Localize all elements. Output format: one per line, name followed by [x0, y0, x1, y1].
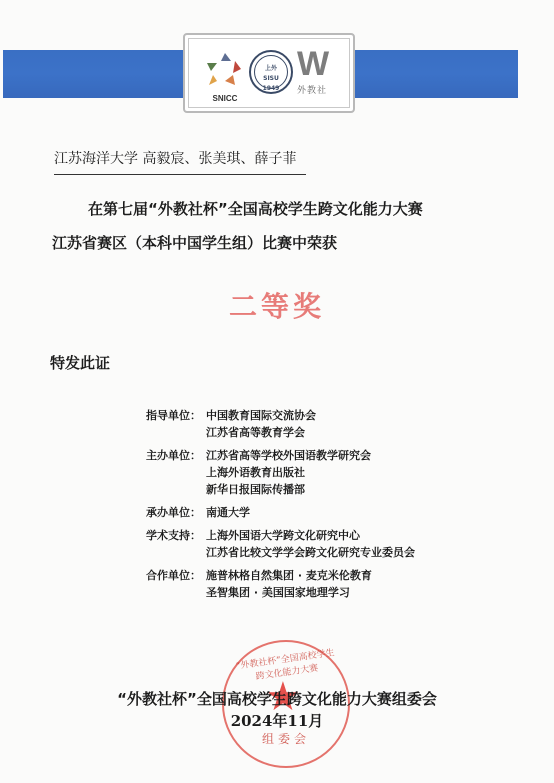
- sflep-logo: W 外教社: [297, 47, 345, 103]
- org-value: 江苏省高等学校外国语教学研究会: [206, 447, 371, 464]
- organizers-list: 指导单位： 中国教育国际交流协会 江苏省高等教育学会 主办单位： 江苏省高等学校…: [146, 407, 415, 607]
- org-row-guidance: 指导单位： 中国教育国际交流协会 江苏省高等教育学会: [146, 407, 415, 441]
- org-value: 新华日报国际传播部: [206, 481, 371, 498]
- award-title: 二等奖: [0, 285, 554, 325]
- header-band-left: [3, 50, 186, 98]
- seal-top-text: 上外: [255, 64, 287, 74]
- seal-year-text: 1949: [255, 84, 287, 94]
- snicc-logo: SNICC: [205, 51, 245, 103]
- seal-bottom-text: 组委会: [224, 730, 348, 747]
- seal-mid-text: SISU: [255, 74, 287, 84]
- org-row-host: 主办单位： 江苏省高等学校外国语教学研究会 上海外语教育出版社 新华日报国际传播…: [146, 447, 415, 498]
- snicc-star-icon: [205, 51, 245, 87]
- org-value: 中国教育国际交流协会: [206, 407, 316, 424]
- org-row-organizer: 承办单位： 南通大学: [146, 504, 415, 521]
- org-row-academic: 学术支持： 上海外国语大学跨文化研究中心 江苏省比较文学学会跨文化研究专业委员会: [146, 527, 415, 561]
- committee-signature: “外教社杯”全国高校学生跨文化能力大赛组委会: [0, 688, 554, 709]
- org-label: 合作单位：: [146, 567, 206, 601]
- logo-badge: SNICC 上外 SISU 1949 W 外教社: [183, 33, 355, 113]
- recipient-line: 江苏海洋大学 高毅宸、张美琪、薛子菲: [54, 148, 306, 175]
- body-line-1: 在第七届“外教社杯”全国高校学生跨文化能力大赛: [88, 198, 423, 219]
- snicc-label: SNICC: [205, 94, 245, 103]
- body-line-2: 江苏省赛区（本科中国学生组）比赛中荣获: [52, 232, 337, 253]
- w-mark-icon: W: [297, 47, 345, 81]
- org-value: 江苏省比较文学学会跨文化研究专业委员会: [206, 544, 415, 561]
- sisu-seal-logo: 上外 SISU 1949: [249, 50, 293, 94]
- org-label: 学术支持：: [146, 527, 206, 561]
- certify-text: 特发此证: [50, 352, 110, 373]
- sflep-label: 外教社: [297, 83, 345, 96]
- org-value: 江苏省高等教育学会: [206, 424, 316, 441]
- issue-date: 2024年11月: [0, 710, 554, 731]
- org-label: 指导单位：: [146, 407, 206, 441]
- org-value: 上海外国语大学跨文化研究中心: [206, 527, 415, 544]
- org-row-partner: 合作单位： 施普林格自然集团 · 麦克米伦教育 圣智集团 · 美国国家地理学习: [146, 567, 415, 601]
- org-label: 承办单位：: [146, 504, 206, 521]
- org-value: 施普林格自然集团 · 麦克米伦教育: [206, 567, 372, 584]
- org-value: 南通大学: [206, 504, 250, 521]
- org-value: 上海外语教育出版社: [206, 464, 371, 481]
- org-label: 主办单位：: [146, 447, 206, 498]
- org-value: 圣智集团 · 美国国家地理学习: [206, 584, 372, 601]
- header-band-right: [348, 50, 518, 98]
